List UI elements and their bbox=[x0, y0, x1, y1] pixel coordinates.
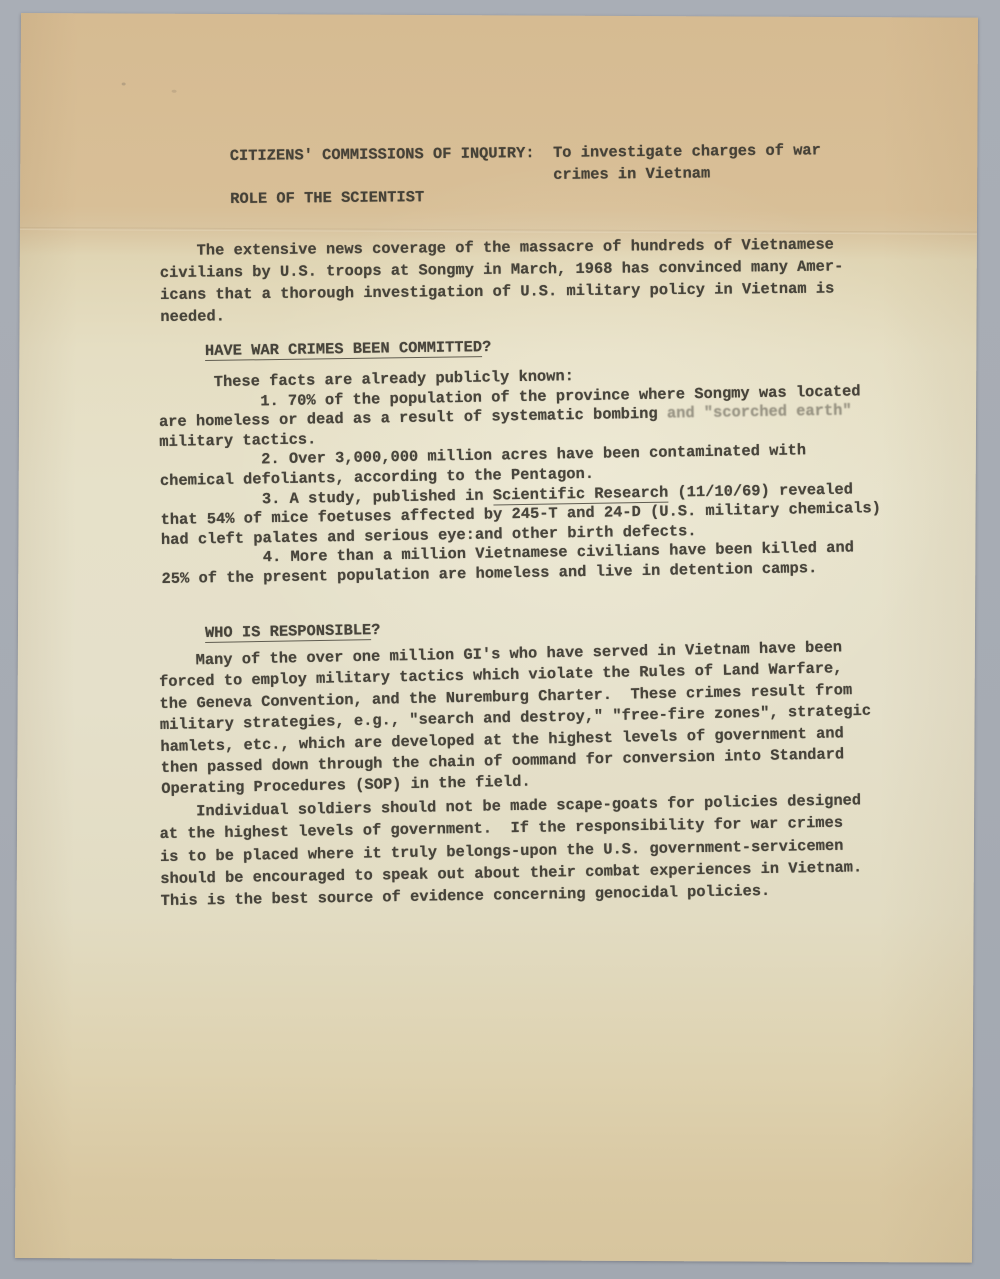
paper-speck bbox=[122, 82, 126, 85]
heading-underlined-text: HAVE WAR CRIMES BEEN COMMITTED bbox=[205, 338, 482, 361]
fact-1-line-2-faded-text: and "scorched earth" bbox=[667, 402, 852, 423]
heading-question-mark: ? bbox=[482, 338, 492, 356]
responsible-paragraph-1: Many of the over one million GI's who ha… bbox=[158, 637, 872, 801]
journal-name-underlined: Scientific Research bbox=[493, 483, 669, 505]
facts-list: These facts are already publicly known: … bbox=[158, 362, 882, 589]
heading-underlined-text: WHO IS RESPONSIBLE bbox=[205, 621, 372, 643]
heading-line: HAVE WAR CRIMES BEEN COMMITTED? bbox=[205, 336, 492, 362]
heading-line: WHO IS RESPONSIBLE? bbox=[205, 619, 381, 644]
scanned-document: CITIZENS' COMMISSIONS OF INQUIRY: To inv… bbox=[0, 0, 1000, 1279]
document-title: CITIZENS' COMMISSIONS OF INQUIRY: To inv… bbox=[230, 140, 822, 210]
section-heading-war-crimes: HAVE WAR CRIMES BEEN COMMITTED? bbox=[205, 336, 492, 362]
fact-3-line-1-post: (11/10/69) revealed bbox=[668, 480, 853, 501]
intro-paragraph: The extensive news coverage of the massa… bbox=[160, 233, 844, 328]
section-heading-responsible: WHO IS RESPONSIBLE? bbox=[205, 619, 381, 644]
heading-question-mark: ? bbox=[371, 621, 381, 639]
paper-speck bbox=[172, 90, 177, 93]
responsible-paragraph-2: Individual soldiers should not be made s… bbox=[159, 789, 863, 912]
